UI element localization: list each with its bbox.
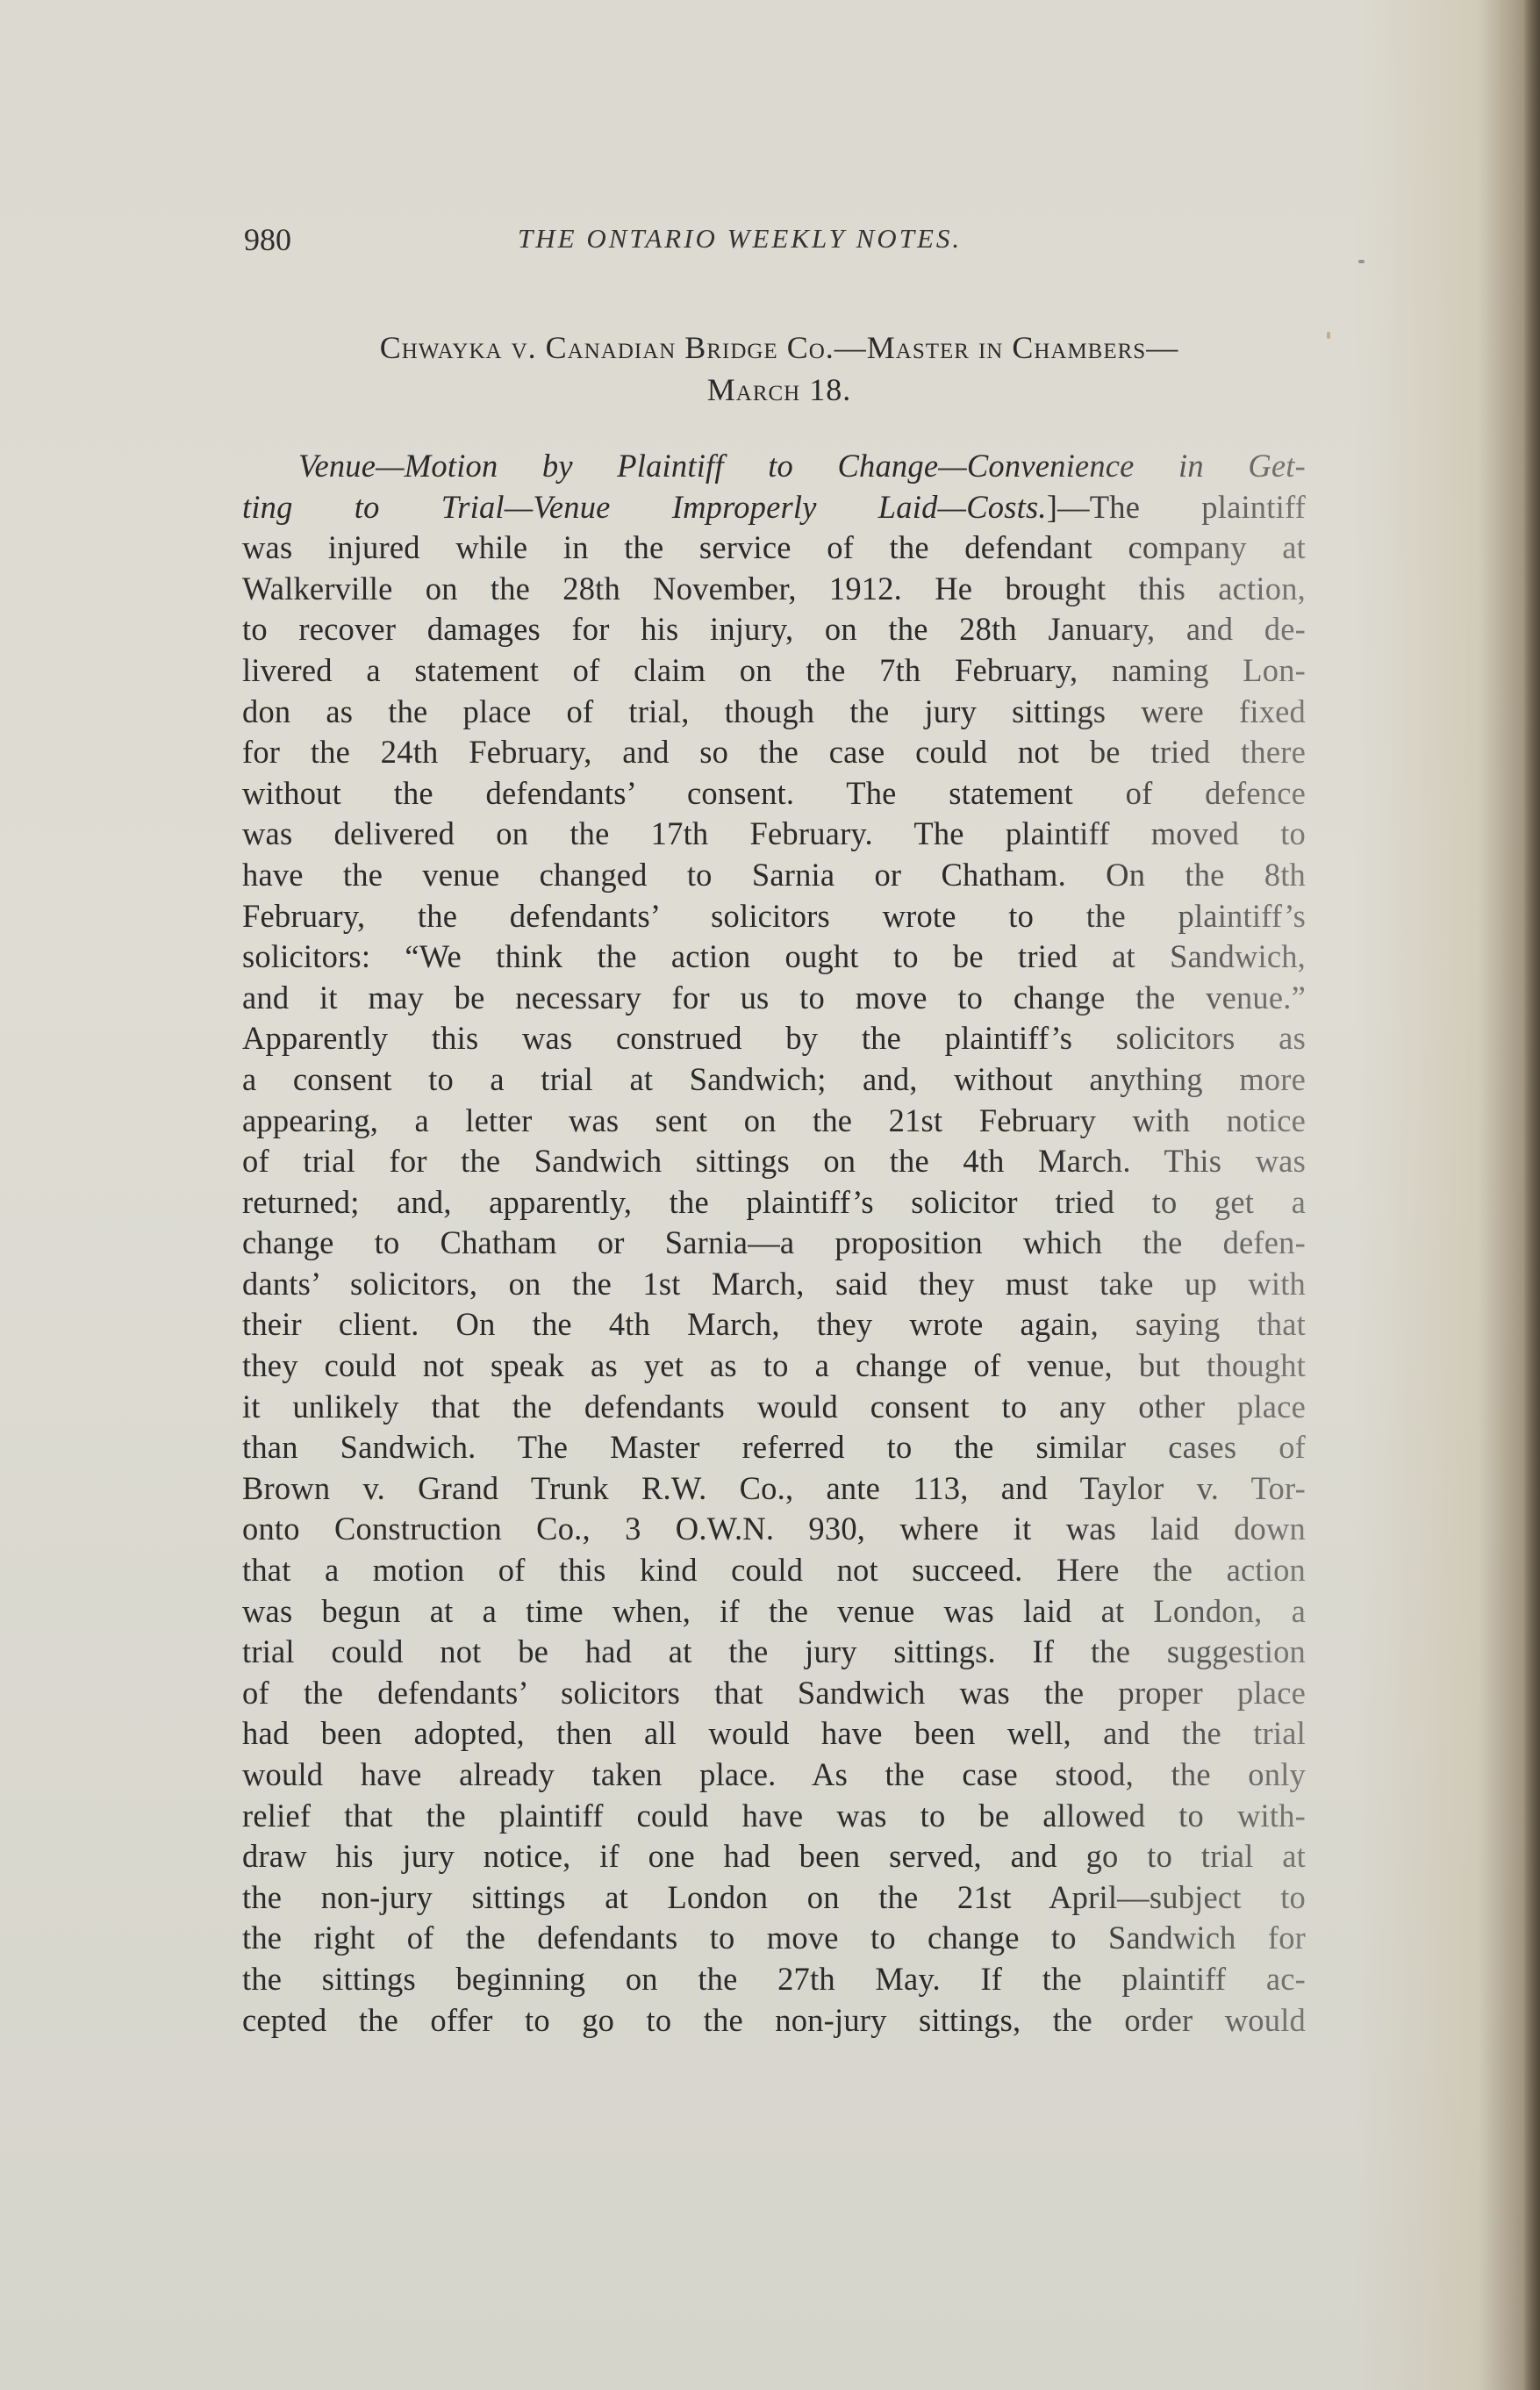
page-number: 980 xyxy=(244,221,291,258)
body-line-text: solicitors: “We think the action ought t… xyxy=(242,937,1306,978)
body-line: returned; and, apparently, the plaintiff… xyxy=(242,1182,1306,1224)
body-line-text: trial could not be had at the jury sitti… xyxy=(242,1632,1306,1673)
body-line: would have already taken place. As the c… xyxy=(242,1755,1306,1796)
body-line-text: have the venue changed to Sarnia or Chat… xyxy=(242,855,1306,896)
body-line: onto Construction Co., 3 O.W.N. 930, whe… xyxy=(242,1509,1306,1550)
running-title: THE ONTARIO WEEKLY NOTES. xyxy=(518,223,962,255)
body-line-text: of trial for the Sandwich sittings on th… xyxy=(242,1141,1306,1182)
body-line: a consent to a trial at Sandwich; and, w… xyxy=(242,1059,1306,1101)
book-spine-shadow xyxy=(1524,0,1540,2390)
body-line: draw his jury notice, if one had been se… xyxy=(242,1836,1306,1877)
body-line: and it may be necessary for us to move t… xyxy=(242,978,1306,1019)
body-line: of trial for the Sandwich sittings on th… xyxy=(242,1141,1306,1182)
body-line-text: Walkerville on the 28th November, 1912. … xyxy=(242,569,1306,610)
body-line-text: their client. On the 4th March, they wro… xyxy=(242,1304,1306,1346)
body-line-text: had been adopted, then all would have be… xyxy=(242,1713,1306,1755)
body-line: their client. On the 4th March, they wro… xyxy=(242,1304,1306,1346)
body-line: to recover damages for his injury, on th… xyxy=(242,609,1306,650)
body-line-text: draw his jury notice, if one had been se… xyxy=(242,1836,1306,1877)
headnote-italic-2: ting to Trial—Venue Improperly Laid—Cost… xyxy=(242,489,1047,525)
headnote-italic-1: Venue—Motion by Plaintiff to Change—Conv… xyxy=(298,446,1306,487)
body-line-text: the right of the defendants to move to c… xyxy=(242,1918,1306,1959)
body-line: the non-jury sittings at London on the 2… xyxy=(242,1877,1306,1919)
body-line-text: Apparently this was construed by the pla… xyxy=(242,1018,1306,1059)
body-line-text: than Sandwich. The Master referred to th… xyxy=(242,1427,1306,1468)
body-line-text: don as the place of trial, though the ju… xyxy=(242,692,1306,733)
body-line-text: was injured while in the service of the … xyxy=(242,528,1306,569)
body-line-text: of the defendants’ solicitors that Sandw… xyxy=(242,1673,1306,1714)
body-line-text: returned; and, apparently, the plaintiff… xyxy=(242,1182,1306,1224)
body-line-text: appearing, a letter was sent on the 21st… xyxy=(242,1101,1306,1142)
body-line: February, the defendants’ solicitors wro… xyxy=(242,896,1306,937)
body-line: Apparently this was construed by the pla… xyxy=(242,1018,1306,1059)
body-line: relief that the plaintiff could have was… xyxy=(242,1796,1306,1837)
paper-speck xyxy=(1358,260,1365,263)
body-line: than Sandwich. The Master referred to th… xyxy=(242,1427,1306,1468)
body-line-text: they could not speak as yet as to a chan… xyxy=(242,1346,1306,1387)
body-line: that a motion of this kind could not suc… xyxy=(242,1550,1306,1591)
body-line: was begun at a time when, if the venue w… xyxy=(242,1591,1306,1633)
case-heading: Chwayka v. Canadian Bridge Co.—Master in… xyxy=(244,327,1314,411)
body-line: of the defendants’ solicitors that Sandw… xyxy=(242,1673,1306,1714)
body-line: without the defendants’ consent. The sta… xyxy=(242,773,1306,815)
body-line: it unlikely that the defendants would co… xyxy=(242,1387,1306,1428)
body-line: dants’ solicitors, on the 1st March, sai… xyxy=(242,1264,1306,1305)
body-line: was delivered on the 17th February. The … xyxy=(242,814,1306,855)
body-line-text: for the 24th February, and so the case c… xyxy=(242,732,1306,773)
body-line-text: was delivered on the 17th February. The … xyxy=(242,814,1306,855)
headnote-line-1: Venue—Motion by Plaintiff to Change—Conv… xyxy=(242,446,1306,487)
body-line: the right of the defendants to move to c… xyxy=(242,1918,1306,1959)
body-line: change to Chatham or Sarnia—a propositio… xyxy=(242,1223,1306,1264)
body-line-text: Brown v. Grand Trunk R.W. Co., ante 113,… xyxy=(242,1468,1306,1510)
body-line-text: to recover damages for his injury, on th… xyxy=(242,609,1306,650)
body-line: they could not speak as yet as to a chan… xyxy=(242,1346,1306,1387)
body-line-text: relief that the plaintiff could have was… xyxy=(242,1796,1306,1837)
body-line: have the venue changed to Sarnia or Chat… xyxy=(242,855,1306,896)
case-heading-line-2: March 18. xyxy=(244,369,1314,411)
body-line: was injured while in the service of the … xyxy=(242,528,1306,569)
case-report-body: Venue—Motion by Plaintiff to Change—Conv… xyxy=(242,446,1306,2041)
body-line: livered a statement of claim on the 7th … xyxy=(242,650,1306,692)
body-line-text: without the defendants’ consent. The sta… xyxy=(242,773,1306,815)
body-line-text: February, the defendants’ solicitors wro… xyxy=(242,896,1306,937)
scanned-page: 980 THE ONTARIO WEEKLY NOTES. Chwayka v.… xyxy=(0,0,1540,2390)
body-line: had been adopted, then all would have be… xyxy=(242,1713,1306,1755)
body-line-text: it unlikely that the defendants would co… xyxy=(242,1387,1306,1428)
body-line-text: was begun at a time when, if the venue w… xyxy=(242,1591,1306,1633)
running-header: 980 THE ONTARIO WEEKLY NOTES. xyxy=(244,221,1314,265)
body-line: Walkerville on the 28th November, 1912. … xyxy=(242,569,1306,610)
body-line: appearing, a letter was sent on the 21st… xyxy=(242,1101,1306,1142)
body-line-text: change to Chatham or Sarnia—a propositio… xyxy=(242,1223,1306,1264)
body-line-text: cepted the offer to go to the non-jury s… xyxy=(242,2000,1306,2042)
body-line: solicitors: “We think the action ought t… xyxy=(242,937,1306,978)
body-line-text: livered a statement of claim on the 7th … xyxy=(242,650,1306,692)
body-line-text: would have already taken place. As the c… xyxy=(242,1755,1306,1796)
body-line-text: that a motion of this kind could not suc… xyxy=(242,1550,1306,1591)
body-line: the sittings beginning on the 27th May. … xyxy=(242,1959,1306,2000)
headnote-line-2: ting to Trial—Venue Improperly Laid—Cost… xyxy=(242,487,1306,528)
paper-speck xyxy=(1327,332,1330,339)
body-line: Brown v. Grand Trunk R.W. Co., ante 113,… xyxy=(242,1468,1306,1510)
body-line: don as the place of trial, though the ju… xyxy=(242,692,1306,733)
body-line: trial could not be had at the jury sitti… xyxy=(242,1632,1306,1673)
body-line: cepted the offer to go to the non-jury s… xyxy=(242,2000,1306,2042)
body-line-text: onto Construction Co., 3 O.W.N. 930, whe… xyxy=(242,1509,1306,1550)
body-line-text: dants’ solicitors, on the 1st March, sai… xyxy=(242,1264,1306,1305)
body-line-text: and it may be necessary for us to move t… xyxy=(242,978,1306,1019)
body-line-text: a consent to a trial at Sandwich; and, w… xyxy=(242,1059,1306,1101)
body-line-text: the non-jury sittings at London on the 2… xyxy=(242,1877,1306,1919)
headnote-line-2-rest: ]—The plaintiff xyxy=(1047,489,1306,525)
case-heading-line-1: Chwayka v. Canadian Bridge Co.—Master in… xyxy=(380,330,1178,365)
body-line-text: the sittings beginning on the 27th May. … xyxy=(242,1959,1306,2000)
body-line: for the 24th February, and so the case c… xyxy=(242,732,1306,773)
